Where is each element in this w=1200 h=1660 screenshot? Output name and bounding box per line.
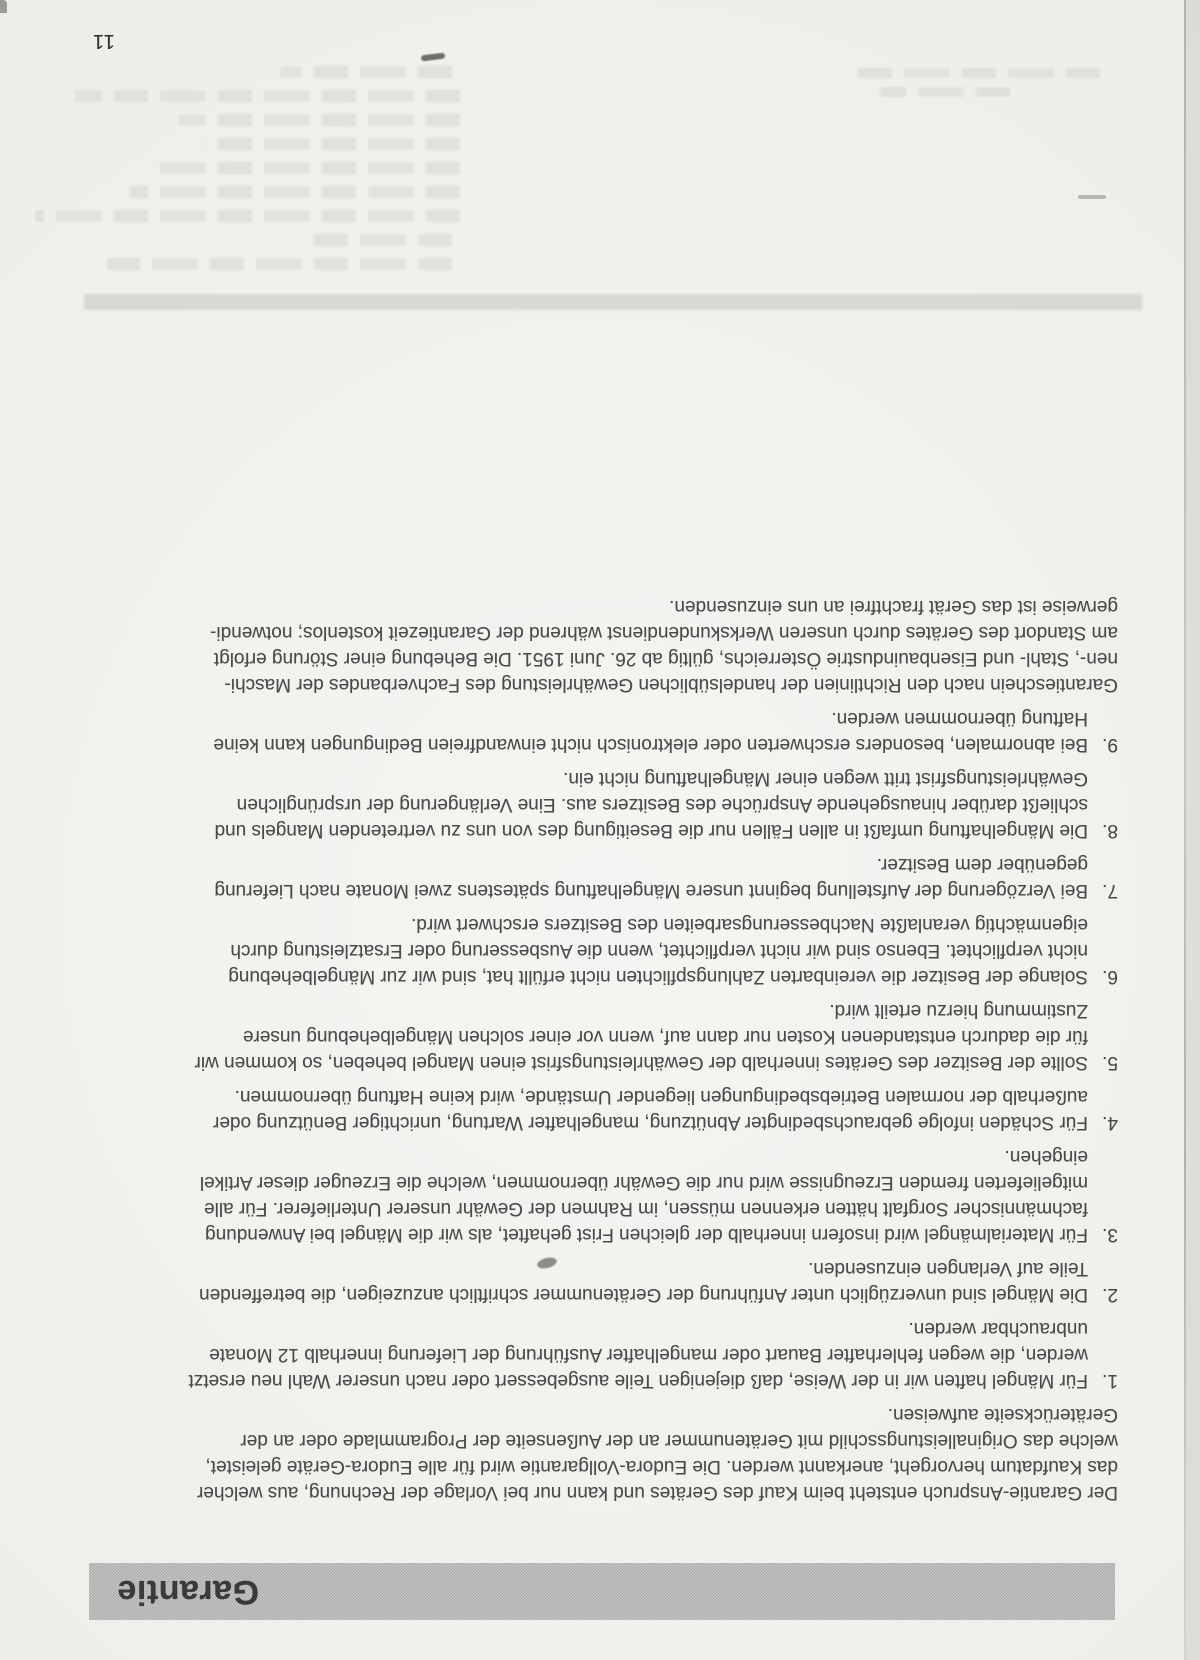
- item-text: Die Mängelhaftung umfaßt in allen Fällen…: [215, 765, 1088, 843]
- warranty-item: 1. Für Mängel haften wir in der Weise, d…: [72, 1315, 1118, 1393]
- item-text: Sollte der Besitzer des Gerätes innerhal…: [195, 997, 1088, 1075]
- warranty-item: 6. Solange der Besitzer die vereinbarten…: [72, 911, 1118, 989]
- warranty-item: 4. Für Schäden infolge gebrauchsbedingte…: [72, 1083, 1118, 1135]
- warranty-item-list: 1. Für Mängel haften wir in der Weise, d…: [72, 705, 1118, 1393]
- intro-paragraph: Der Garantie-Anspruch entsteht beim Kauf…: [72, 1401, 1118, 1505]
- faint-dash-artifact: [1078, 195, 1106, 199]
- item-text: Die Mängel sind unverzüglich unter Anfüh…: [199, 1255, 1088, 1307]
- warranty-item: 5. Sollte der Besitzer des Gerätes inner…: [72, 997, 1118, 1075]
- bleed-through-text-small: [848, 59, 1100, 97]
- warranty-item: 2. Die Mängel sind unverzüglich unter An…: [72, 1255, 1118, 1307]
- closing-paragraph: Garantieschein nach den Richtlinien der …: [72, 593, 1118, 697]
- item-number: 9.: [1088, 705, 1118, 757]
- section-title: Garantie: [89, 1572, 259, 1611]
- item-text: Bei Verzögerung der Aufstellung beginnt …: [214, 851, 1088, 903]
- warranty-item: 3. Für Materialmängel wird insofern inne…: [72, 1143, 1118, 1247]
- warranty-item: 7. Bei Verzögerung der Aufstellung begin…: [72, 851, 1118, 903]
- bleed-through-band: [84, 294, 1142, 310]
- item-text: Für Mängel haften wir in der Weise, daß …: [189, 1315, 1088, 1393]
- item-text: Bei abnormalen, besonders erschwerten od…: [213, 705, 1088, 757]
- scan-edge-shadow: [1186, 0, 1200, 1660]
- item-number: 6.: [1088, 911, 1118, 989]
- bleed-through-text-block: [82, 54, 460, 270]
- item-number: 1.: [1088, 1315, 1118, 1393]
- item-number: 2.: [1088, 1255, 1118, 1307]
- warranty-item: 9. Bei abnormalen, besonders erschwerten…: [72, 705, 1118, 757]
- item-number: 3.: [1088, 1143, 1118, 1247]
- item-number: 4.: [1088, 1083, 1118, 1135]
- warranty-item: 8. Die Mängelhaftung umfaßt in allen Fäl…: [72, 765, 1118, 843]
- page-number: 11: [92, 29, 115, 52]
- scan-corner-artifact: [0, 0, 7, 13]
- item-number: 5.: [1088, 997, 1118, 1075]
- scanned-page-upside-down: Garantie Der Garantie-Anspruch entsteht …: [0, 0, 1200, 1660]
- item-number: 8.: [1088, 765, 1118, 843]
- item-text: Für Materialmängel wird insofern innerha…: [200, 1143, 1088, 1247]
- warranty-text-block: Der Garantie-Anspruch entsteht beim Kauf…: [72, 585, 1118, 1505]
- item-text: Für Schäden infolge gebrauchsbedingter A…: [213, 1083, 1088, 1135]
- item-number: 7.: [1088, 851, 1118, 903]
- section-header-bar: Garantie: [89, 1563, 1115, 1620]
- page-crease-line: [1184, 0, 1186, 1660]
- item-text: Solange der Besitzer die vereinbarten Za…: [228, 911, 1088, 989]
